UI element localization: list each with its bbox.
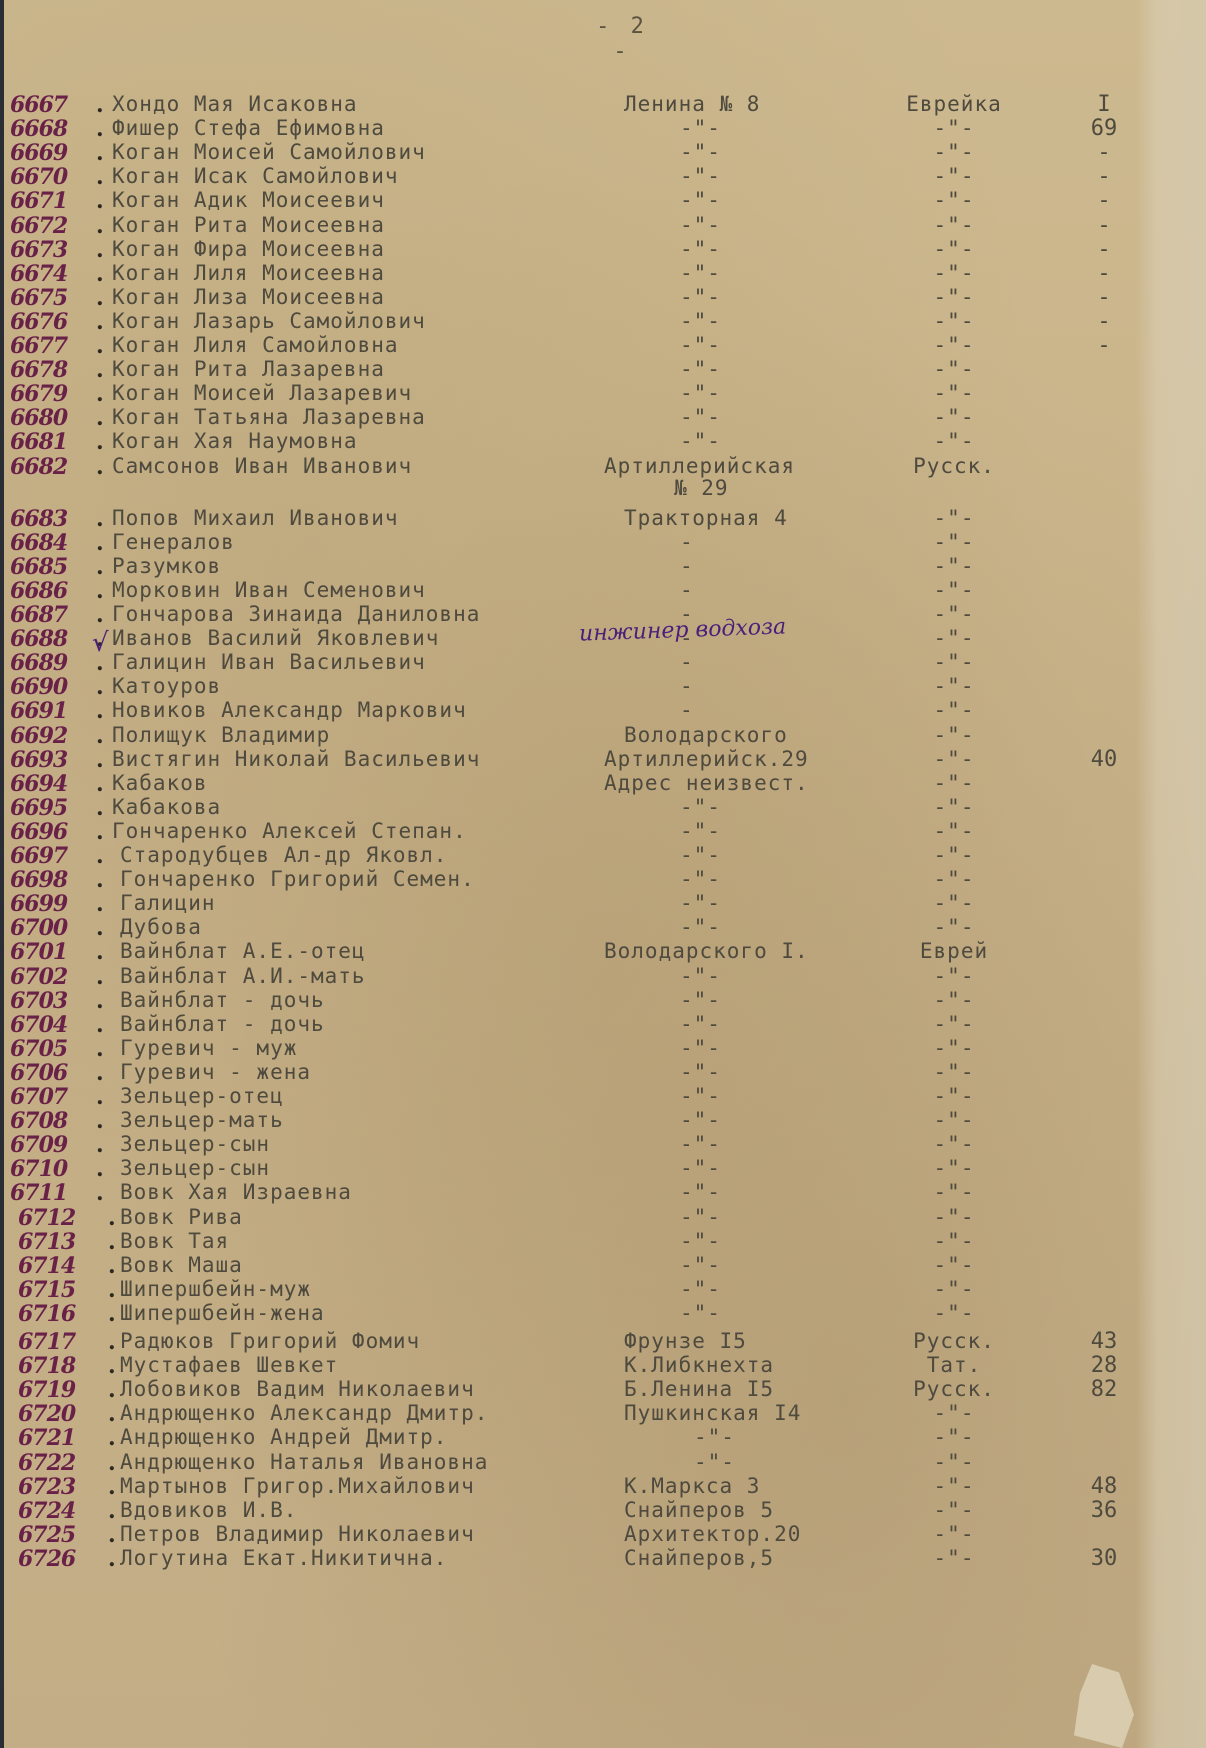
nationality: -"-	[884, 915, 1024, 939]
entry-number-dot: .	[96, 381, 106, 407]
address: -"-	[680, 261, 721, 285]
list-item: 6676.Коган Лазарь Самойлович-"--"--	[4, 309, 1206, 335]
entry-number: 6684	[10, 530, 110, 556]
person-name: Мустафаев Шевкет	[120, 1353, 338, 1377]
person-name: Попов Михаил Иванович	[112, 506, 399, 530]
person-name: Фишер Стефа Ефимовна	[112, 116, 385, 140]
nationality: -"-	[884, 213, 1024, 237]
address: -	[680, 530, 694, 554]
age: -	[1064, 140, 1144, 165]
list-item: 6681.Коган Хая Наумовна-"--"-	[4, 429, 1206, 455]
nationality: -"-	[884, 1012, 1024, 1036]
entry-number-dot: .	[108, 1425, 118, 1451]
entry-number-dot: .	[108, 1498, 118, 1524]
entry-number: 6701	[10, 939, 110, 965]
person-name: Генералов	[112, 530, 235, 554]
entry-number-dot: .	[96, 530, 106, 556]
list-item: 6682.Самсонов Иван ИвановичАртиллерийска…	[4, 454, 1206, 480]
entry-number-dot: .	[96, 674, 106, 700]
list-item: 6701.Вайнблат А.Е.-отецВолодарского I.Ев…	[4, 939, 1206, 965]
person-name: Галицин	[120, 891, 216, 915]
entry-number: 6693	[10, 747, 110, 773]
nationality: Еврей	[884, 939, 1024, 963]
entry-number: 6687	[10, 602, 110, 628]
person-name: Коган Лиля Моисеевна	[112, 261, 385, 285]
person-name: Вайнблат - дочь	[120, 988, 325, 1012]
entry-number: 6686	[10, 578, 110, 604]
address: -"-	[680, 357, 721, 381]
person-name: Дубова	[120, 915, 202, 939]
nationality: -"-	[884, 237, 1024, 261]
entry-number-dot: .	[108, 1301, 118, 1327]
address: К.Либкнехта	[624, 1353, 774, 1377]
person-name: Новиков Александр Маркович	[112, 698, 467, 722]
entry-number-dot: .	[96, 698, 106, 724]
age: -	[1064, 333, 1144, 358]
person-name: Гончаренко Григорий Семен.	[120, 867, 475, 891]
entry-number: 6725	[18, 1522, 118, 1548]
list-item: 6697.Стародубцев Ал-др Яковл.-"--"-	[4, 843, 1206, 869]
address: -"-	[680, 988, 721, 1012]
entry-number-dot: .	[96, 602, 106, 628]
address: Архитектор.20	[624, 1522, 801, 1546]
list-item: 6684.Генералов--"-	[4, 530, 1206, 556]
entry-number-dot: .	[108, 1474, 118, 1500]
entry-number-dot: .	[108, 1353, 118, 1379]
entry-number-dot: .	[96, 578, 106, 604]
list-item: 6674.Коган Лиля Моисеевна-"--"--	[4, 261, 1206, 287]
person-name: Коган Лиля Самойловна	[112, 333, 399, 357]
register-list: 6667.Хондо Мая ИсаковнаЛенина № 8Еврейка…	[4, 0, 1206, 1748]
entry-number: 6683	[10, 506, 110, 532]
document-page: - 2 - 6667.Хондо Мая ИсаковнаЛенина № 8Е…	[4, 0, 1206, 1748]
address: -	[680, 578, 694, 602]
list-item: 6711.Вовк Хая Израевна-"--"-	[4, 1180, 1206, 1206]
list-item: 6717.Радюков Григорий ФомичФрунзе I5Русс…	[4, 1329, 1206, 1355]
address: -"-	[680, 140, 721, 164]
nationality: Русск.	[884, 1329, 1024, 1353]
person-name: Зельцер-отец	[120, 1084, 284, 1108]
entry-number-dot: .	[96, 164, 106, 190]
entry-number-dot: .	[96, 939, 106, 965]
list-item: 6724.Вдовиков И.В.Снайперов 5-"-36	[4, 1498, 1206, 1524]
list-item: 6673.Коган Фира Моисеевна-"--"--	[4, 237, 1206, 263]
entry-number: 6722	[18, 1450, 118, 1476]
entry-number: 6685	[10, 554, 110, 580]
entry-number: 6718	[18, 1353, 118, 1379]
entry-number: 6721	[18, 1425, 118, 1451]
address: Артиллерийск.29	[604, 747, 809, 771]
nationality: -"-	[884, 261, 1024, 285]
age: 40	[1064, 747, 1144, 772]
list-item: 6726.Логутина Екат.Никитична.Снайперов,5…	[4, 1546, 1206, 1572]
address: -"-	[680, 964, 721, 988]
person-name: Гончаренко Алексей Степан.	[112, 819, 467, 843]
person-name: Коган Исак Самойлович	[112, 164, 399, 188]
list-item: 6719.Лобовиков Вадим НиколаевичБ.Ленина …	[4, 1377, 1206, 1403]
address: Тракторная 4	[624, 506, 788, 530]
person-name: Гончарова Зинаида Даниловна	[112, 602, 480, 626]
entry-number: 6694	[10, 771, 110, 797]
nationality: -"-	[884, 1450, 1024, 1474]
age: -	[1064, 237, 1144, 262]
age: 48	[1064, 1474, 1144, 1499]
entry-number: 6682	[10, 454, 110, 480]
entry-number: 6672	[10, 213, 110, 239]
entry-number-dot: .	[96, 915, 106, 941]
person-name: Стародубцев Ал-др Яковл.	[120, 843, 447, 867]
person-name: Коган Фира Моисеевна	[112, 237, 385, 261]
entry-number-dot: .	[96, 771, 106, 797]
entry-number-dot: .	[96, 1180, 106, 1206]
person-name: Коган Лиза Моисеевна	[112, 285, 385, 309]
entry-number: 6676	[10, 309, 110, 335]
list-item: 6668.Фишер Стефа Ефимовна-"--"-69	[4, 116, 1206, 142]
nationality: -"-	[884, 1425, 1024, 1449]
person-name: Коган Рита Моисеевна	[112, 213, 385, 237]
entry-number: 6667	[10, 92, 110, 118]
address: -	[680, 554, 694, 578]
address: -"-	[680, 1060, 721, 1084]
entry-number-dot: .	[96, 357, 106, 383]
address: -"-	[680, 164, 721, 188]
person-name: Зельцер-сын	[120, 1132, 270, 1156]
list-item: 6694.КабаковАдрес неизвест.-"-	[4, 771, 1206, 797]
age: 43	[1064, 1329, 1144, 1354]
entry-number: 6700	[10, 915, 110, 941]
list-item: 6710.Зельцер-сын-"--"-	[4, 1156, 1206, 1182]
entry-number-dot: .	[108, 1377, 118, 1403]
age: 69	[1064, 116, 1144, 141]
nationality: -"-	[884, 381, 1024, 405]
nationality: -"-	[884, 285, 1024, 309]
age: 82	[1064, 1377, 1144, 1402]
address: -"-	[694, 1450, 735, 1474]
entry-number: 6711	[10, 1180, 110, 1206]
list-item: 6686.Морковин Иван Семенович--"-	[4, 578, 1206, 604]
age: 36	[1064, 1498, 1144, 1523]
list-item: 6670.Коган Исак Самойлович-"--"--	[4, 164, 1206, 190]
person-name: Шипершбейн-муж	[120, 1277, 311, 1301]
entry-number-dot: .	[96, 723, 106, 749]
entry-number-dot: .	[96, 867, 106, 893]
entry-number: 6681	[10, 429, 110, 455]
person-name: Катоуров	[112, 674, 221, 698]
entry-number-dot: .	[108, 1522, 118, 1548]
address: -"-	[680, 1180, 721, 1204]
address: Володарского	[624, 723, 788, 747]
address: -"-	[680, 1036, 721, 1060]
person-name: Морковин Иван Семенович	[112, 578, 426, 602]
person-name: Мартынов Григор.Михайлович	[120, 1474, 475, 1498]
entry-number: 6713	[18, 1229, 118, 1255]
entry-number: 6709	[10, 1132, 110, 1158]
address: -"-	[680, 429, 721, 453]
entry-number: 6690	[10, 674, 110, 700]
nationality: -"-	[884, 795, 1024, 819]
entry-number-dot: .	[108, 1329, 118, 1355]
nationality: -"-	[884, 1301, 1024, 1325]
nationality: -"-	[884, 1132, 1024, 1156]
person-name: Кабакова	[112, 795, 221, 819]
entry-number-dot: .	[96, 92, 106, 118]
entry-number-dot: .	[108, 1546, 118, 1572]
person-name: Вдовиков И.В.	[120, 1498, 297, 1522]
address: -"-	[694, 1425, 735, 1449]
entry-number-dot: .	[96, 795, 106, 821]
list-item: 6675.Коган Лиза Моисеевна-"--"--	[4, 285, 1206, 311]
entry-number-dot: .	[96, 237, 106, 263]
address: Б.Ленина I5	[624, 1377, 774, 1401]
nationality: -"-	[884, 1205, 1024, 1229]
entry-number: 6720	[18, 1401, 118, 1427]
entry-number: 6706	[10, 1060, 110, 1086]
entry-number-dot: .	[96, 213, 106, 239]
entry-number-dot: .	[96, 261, 106, 287]
person-name: Коган Лазарь Самойлович	[112, 309, 426, 333]
age: 30	[1064, 1546, 1144, 1571]
address: Снайперов,5	[624, 1546, 774, 1570]
address: -"-	[680, 1301, 721, 1325]
list-item: 6718.Мустафаев ШевкетК.ЛибкнехтаТат.28	[4, 1353, 1206, 1379]
person-name: Полищук Владимир	[112, 723, 330, 747]
entry-number: 6673	[10, 237, 110, 263]
nationality: -"-	[884, 578, 1024, 602]
person-name: Петров Владимир Николаевич	[120, 1522, 475, 1546]
entry-number-dot: .	[96, 309, 106, 335]
address: -"-	[680, 915, 721, 939]
list-item: 6713.Вовк Тая-"--"-	[4, 1229, 1206, 1255]
list-item: 6702.Вайнблат А.И.-мать-"--"-	[4, 964, 1206, 990]
entry-number: 6679	[10, 381, 110, 407]
person-name: Вовк Хая Израевна	[120, 1180, 352, 1204]
address-line2: № 29	[674, 476, 729, 500]
entry-number: 6695	[10, 795, 110, 821]
list-item: 6706.Гуревич - жена-"--"-	[4, 1060, 1206, 1086]
list-item: 6690.Катоуров--"-	[4, 674, 1206, 700]
entry-number: 6719	[18, 1377, 118, 1403]
nationality: -"-	[884, 867, 1024, 891]
list-item: 6685.Разумков--"-	[4, 554, 1206, 580]
entry-number: 6708	[10, 1108, 110, 1134]
list-item: 6678.Коган Рита Лазаревна-"--"-	[4, 357, 1206, 383]
nationality: -"-	[884, 164, 1024, 188]
nationality: -"-	[884, 843, 1024, 867]
list-item: 6712.Вовк Рива-"--"-	[4, 1205, 1206, 1231]
list-item: 6721.Андрющенко Андрей Дмитр.-"--"-	[4, 1425, 1206, 1451]
nationality: -"-	[884, 530, 1024, 554]
person-name: Коган Хая Наумовна	[112, 429, 358, 453]
nationality: -"-	[884, 506, 1024, 530]
nationality: -"-	[884, 602, 1024, 626]
nationality: -"-	[884, 1156, 1024, 1180]
entry-number-dot: .	[108, 1253, 118, 1279]
nationality: -"-	[884, 1474, 1024, 1498]
person-name: Вайнблат А.Е.-отец	[120, 939, 366, 963]
address: Пушкинская I4	[624, 1401, 801, 1425]
list-item: 6698.Гончаренко Григорий Семен.-"--"-	[4, 867, 1206, 893]
address: Ленина № 8	[624, 92, 760, 116]
entry-number: 6677	[10, 333, 110, 359]
address: Артиллерийская	[604, 454, 795, 478]
person-name: Хондо Мая Исаковна	[112, 92, 358, 116]
entry-number-dot: .	[108, 1401, 118, 1427]
list-item: 6680.Коган Татьяна Лазаревна-"--"-	[4, 405, 1206, 431]
list-item: 6671.Коган Адик Моисеевич-"--"--	[4, 188, 1206, 214]
list-item: 6720.Андрющенко Александр Дмитр.Пушкинск…	[4, 1401, 1206, 1427]
person-name: Андрющенко Александр Дмитр.	[120, 1401, 488, 1425]
list-item: 6707.Зельцер-отец-"--"-	[4, 1084, 1206, 1110]
address: Володарского I.	[604, 939, 809, 963]
list-item: 6689.Галицин Иван Васильевич--"-	[4, 650, 1206, 676]
list-item: 6725.Петров Владимир НиколаевичАрхитекто…	[4, 1522, 1206, 1548]
person-name: Вистягин Николай Васильевич	[112, 747, 480, 771]
address: -"-	[680, 1108, 721, 1132]
entry-number: 6691	[10, 698, 110, 724]
list-item: 6705.Гуревич - муж-"--"-	[4, 1036, 1206, 1062]
list-item: 6723.Мартынов Григор.МихайловичК.Маркса …	[4, 1474, 1206, 1500]
entry-number-dot: .	[96, 454, 106, 480]
entry-number-dot: .	[96, 1060, 106, 1086]
nationality: -"-	[884, 626, 1024, 650]
address: -"-	[680, 843, 721, 867]
list-item: 6669.Коган Моисей Самойлович-"--"--	[4, 140, 1206, 166]
entry-number: 6703	[10, 988, 110, 1014]
entry-number: 6668	[10, 116, 110, 142]
age: -	[1064, 309, 1144, 334]
address: -"-	[680, 188, 721, 212]
address: -"-	[680, 795, 721, 819]
nationality: -"-	[884, 309, 1024, 333]
nationality: -"-	[884, 1060, 1024, 1084]
nationality: -"-	[884, 1229, 1024, 1253]
entry-number: 6714	[18, 1253, 118, 1279]
address: -"-	[680, 309, 721, 333]
nationality: -"-	[884, 964, 1024, 988]
address: -"-	[680, 381, 721, 405]
person-name: Гуревич - муж	[120, 1036, 297, 1060]
nationality: -"-	[884, 1084, 1024, 1108]
nationality: Русск.	[884, 1377, 1024, 1401]
person-name: Вайнблат А.И.-мать	[120, 964, 366, 988]
list-item: 6699.Галицин-"--"-	[4, 891, 1206, 917]
nationality: -"-	[884, 1498, 1024, 1522]
entry-number: 6710	[10, 1156, 110, 1182]
person-name: Вовк Маша	[120, 1253, 243, 1277]
entry-number: 6726	[18, 1546, 118, 1572]
entry-number: 6712	[18, 1205, 118, 1231]
nationality: -"-	[884, 771, 1024, 795]
nationality: -"-	[884, 1522, 1024, 1546]
nationality: Еврейка	[884, 92, 1024, 116]
entry-number: 6699	[10, 891, 110, 917]
entry-number: 6716	[18, 1301, 118, 1327]
entry-number: 6680	[10, 405, 110, 431]
address: Фрунзе I5	[624, 1329, 747, 1353]
entry-number: 6715	[18, 1277, 118, 1303]
person-name: Зельцер-мать	[120, 1108, 284, 1132]
list-item: 6709.Зельцер-сын-"--"-	[4, 1132, 1206, 1158]
address: -"-	[680, 1012, 721, 1036]
entry-number-dot: .	[96, 1012, 106, 1038]
entry-number-dot: .	[96, 405, 106, 431]
nationality: -"-	[884, 988, 1024, 1012]
nationality: -"-	[884, 1108, 1024, 1132]
address: К.Маркса 3	[624, 1474, 760, 1498]
address: -"-	[680, 1156, 721, 1180]
person-name: Лобовиков Вадим Николаевич	[120, 1377, 475, 1401]
person-name: Андрющенко Андрей Дмитр.	[120, 1425, 447, 1449]
address: Адрес неизвест.	[604, 771, 809, 795]
address: -"-	[680, 285, 721, 309]
entry-number-dot: .	[108, 1450, 118, 1476]
list-item: 6715.Шипершбейн-муж-"--"-	[4, 1277, 1206, 1303]
address: -	[680, 674, 694, 698]
list-item: 6704.Вайнблат - дочь-"--"-	[4, 1012, 1206, 1038]
list-item: 6679.Коган Моисей Лазаревич-"--"-	[4, 381, 1206, 407]
nationality: -"-	[884, 698, 1024, 722]
entry-number-dot: .	[96, 554, 106, 580]
person-name: Вовк Тая	[120, 1229, 229, 1253]
address: -"-	[680, 116, 721, 140]
entry-number-dot: .	[96, 429, 106, 455]
person-name: Радюков Григорий Фомич	[120, 1329, 420, 1353]
nationality: -"-	[884, 333, 1024, 357]
entry-number-dot: .	[96, 188, 106, 214]
entry-number-dot: .	[96, 1156, 106, 1182]
person-name: Иванов Василий Яковлевич	[112, 626, 439, 650]
person-name: Шипершбейн-жена	[120, 1301, 325, 1325]
entry-number-dot: .	[96, 1108, 106, 1134]
nationality: -"-	[884, 405, 1024, 429]
nationality: -"-	[884, 429, 1024, 453]
entry-number: 6670	[10, 164, 110, 190]
entry-number: 6696	[10, 819, 110, 845]
entry-number: 6698	[10, 867, 110, 893]
person-name: Кабаков	[112, 771, 208, 795]
person-name: Коган Рита Лазаревна	[112, 357, 385, 381]
person-name: Коган Моисей Лазаревич	[112, 381, 412, 405]
nationality: Русск.	[884, 454, 1024, 478]
entry-number-dot: .	[96, 843, 106, 869]
address: -"-	[680, 819, 721, 843]
entry-number: 6671	[10, 188, 110, 214]
person-name: Зельцер-сын	[120, 1156, 270, 1180]
entry-number: 6724	[18, 1498, 118, 1524]
nationality: -"-	[884, 554, 1024, 578]
entry-number: 6717	[18, 1329, 118, 1355]
entry-number-dot: .	[96, 1084, 106, 1110]
entry-number-dot: .	[96, 1132, 106, 1158]
age: -	[1064, 188, 1144, 213]
age: -	[1064, 285, 1144, 310]
entry-number-dot: .	[96, 333, 106, 359]
nationality: -"-	[884, 1180, 1024, 1204]
nationality: -"-	[884, 747, 1024, 771]
address: -	[680, 698, 694, 722]
person-name: Логутина Екат.Никитична.	[120, 1546, 447, 1570]
entry-number: 6692	[10, 723, 110, 749]
age: 28	[1064, 1353, 1144, 1378]
address: -"-	[680, 333, 721, 357]
entry-number: 6675	[10, 285, 110, 311]
list-item: 6667.Хондо Мая ИсаковнаЛенина № 8Еврейка…	[4, 92, 1206, 118]
person-name: Гуревич - жена	[120, 1060, 311, 1084]
nationality: -"-	[884, 674, 1024, 698]
list-item: 6696.Гончаренко Алексей Степан.-"--"-	[4, 819, 1206, 845]
nationality: -"-	[884, 1277, 1024, 1301]
entry-number: 6702	[10, 964, 110, 990]
